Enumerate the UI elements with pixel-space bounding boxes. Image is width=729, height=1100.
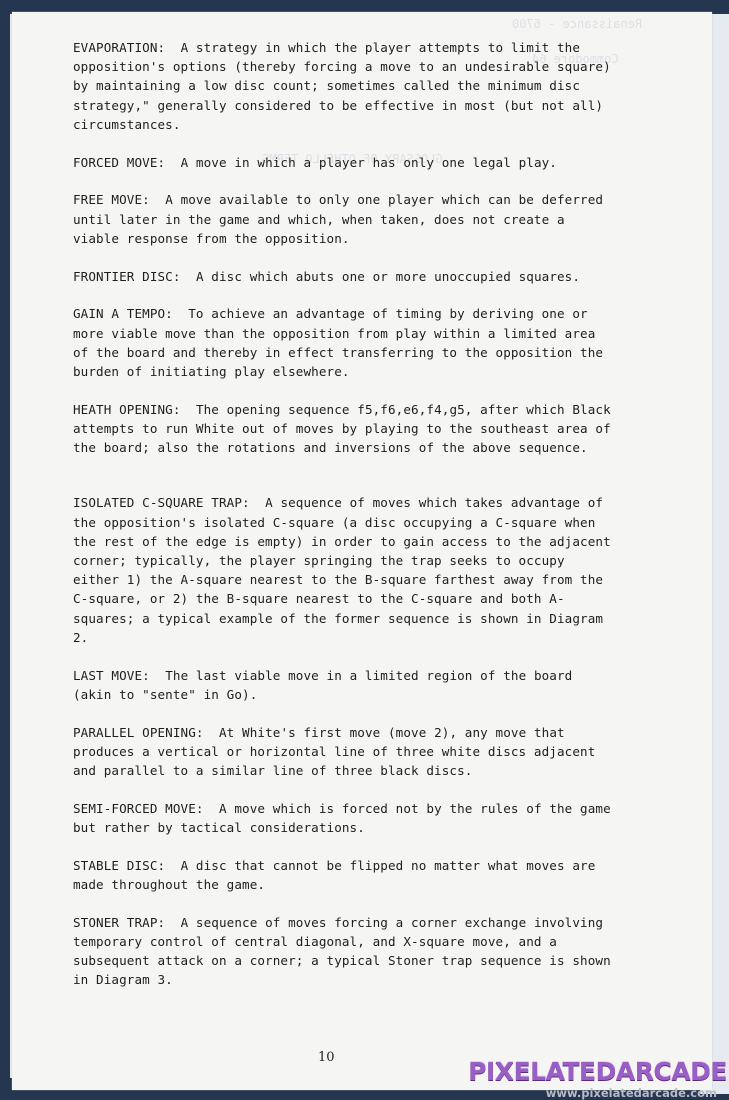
glossary-entry-evaporation: EVAPORATION: A strategy in which the pla… [73, 38, 613, 134]
glossary-entry-stoner-trap: STONER TRAP: A sequence of moves forcing… [73, 913, 613, 990]
glossary-entry-semi-forced-move: SEMI-FORCED MOVE: A move which is forced… [73, 799, 613, 837]
glossary-entry-last-move: LAST MOVE: The last viable move in a lim… [73, 666, 613, 704]
glossary-definition: A move in which a player has only one le… [181, 155, 557, 170]
glossary-term: FORCED MOVE: [73, 155, 165, 170]
glossary-entry-parallel-opening: PARALLEL OPENING: At White's first move … [73, 723, 613, 781]
glossary-term: FREE MOVE: [73, 192, 150, 207]
glossary-entry-frontier-disc: FRONTIER DISC: A disc which abuts one or… [73, 267, 613, 286]
glossary-definition: A sequence of moves which takes advantag… [73, 495, 611, 644]
watermark: PIXELATEDARCADE www.pixelatedarcade.com [468, 1060, 727, 1100]
glossary-entry-heath-opening: HEATH OPENING: The opening sequence f5,f… [73, 400, 613, 458]
glossary-entry-gain-a-tempo: GAIN A TEMPO: To achieve an advantage of… [73, 304, 613, 381]
bleed-through-text: Renaissance - 6700 [512, 17, 642, 31]
glossary-entry-forced-move: FORCED MOVE: A move in which a player ha… [73, 153, 613, 172]
glossary-term: GAIN A TEMPO: [73, 306, 173, 321]
glossary-entry-free-move: FREE MOVE: A move available to only one … [73, 190, 613, 248]
glossary-term: STABLE DISC: [73, 858, 165, 873]
page-number: 10 [318, 1050, 335, 1065]
glossary-definition: A move available to only one player whic… [73, 192, 603, 245]
watermark-logo: PIXELATEDARCADE [468, 1060, 727, 1084]
glossary-term: FRONTIER DISC: [73, 269, 181, 284]
glossary-term: LAST MOVE: [73, 668, 150, 683]
glossary-term: EVAPORATION: [73, 40, 165, 55]
glossary-term: PARALLEL OPENING: [73, 725, 204, 740]
glossary-term: SEMI-FORCED MOVE: [73, 801, 204, 816]
glossary-term: STONER TRAP: [73, 915, 165, 930]
glossary-definition: A disc which abuts one or more unoccupie… [196, 269, 580, 284]
glossary: EVAPORATION: A strategy in which the pla… [73, 38, 613, 1008]
glossary-term: HEATH OPENING: [73, 402, 181, 417]
glossary-term: ISOLATED C-SQUARE TRAP: [73, 495, 250, 510]
glossary-entry-isolated-c-square-trap: ISOLATED C-SQUARE TRAP: A sequence of mo… [73, 493, 613, 647]
glossary-entry-stable-disc: STABLE DISC: A disc that cannot be flipp… [73, 856, 613, 894]
watermark-url: www.pixelatedarcade.com [468, 1086, 727, 1100]
